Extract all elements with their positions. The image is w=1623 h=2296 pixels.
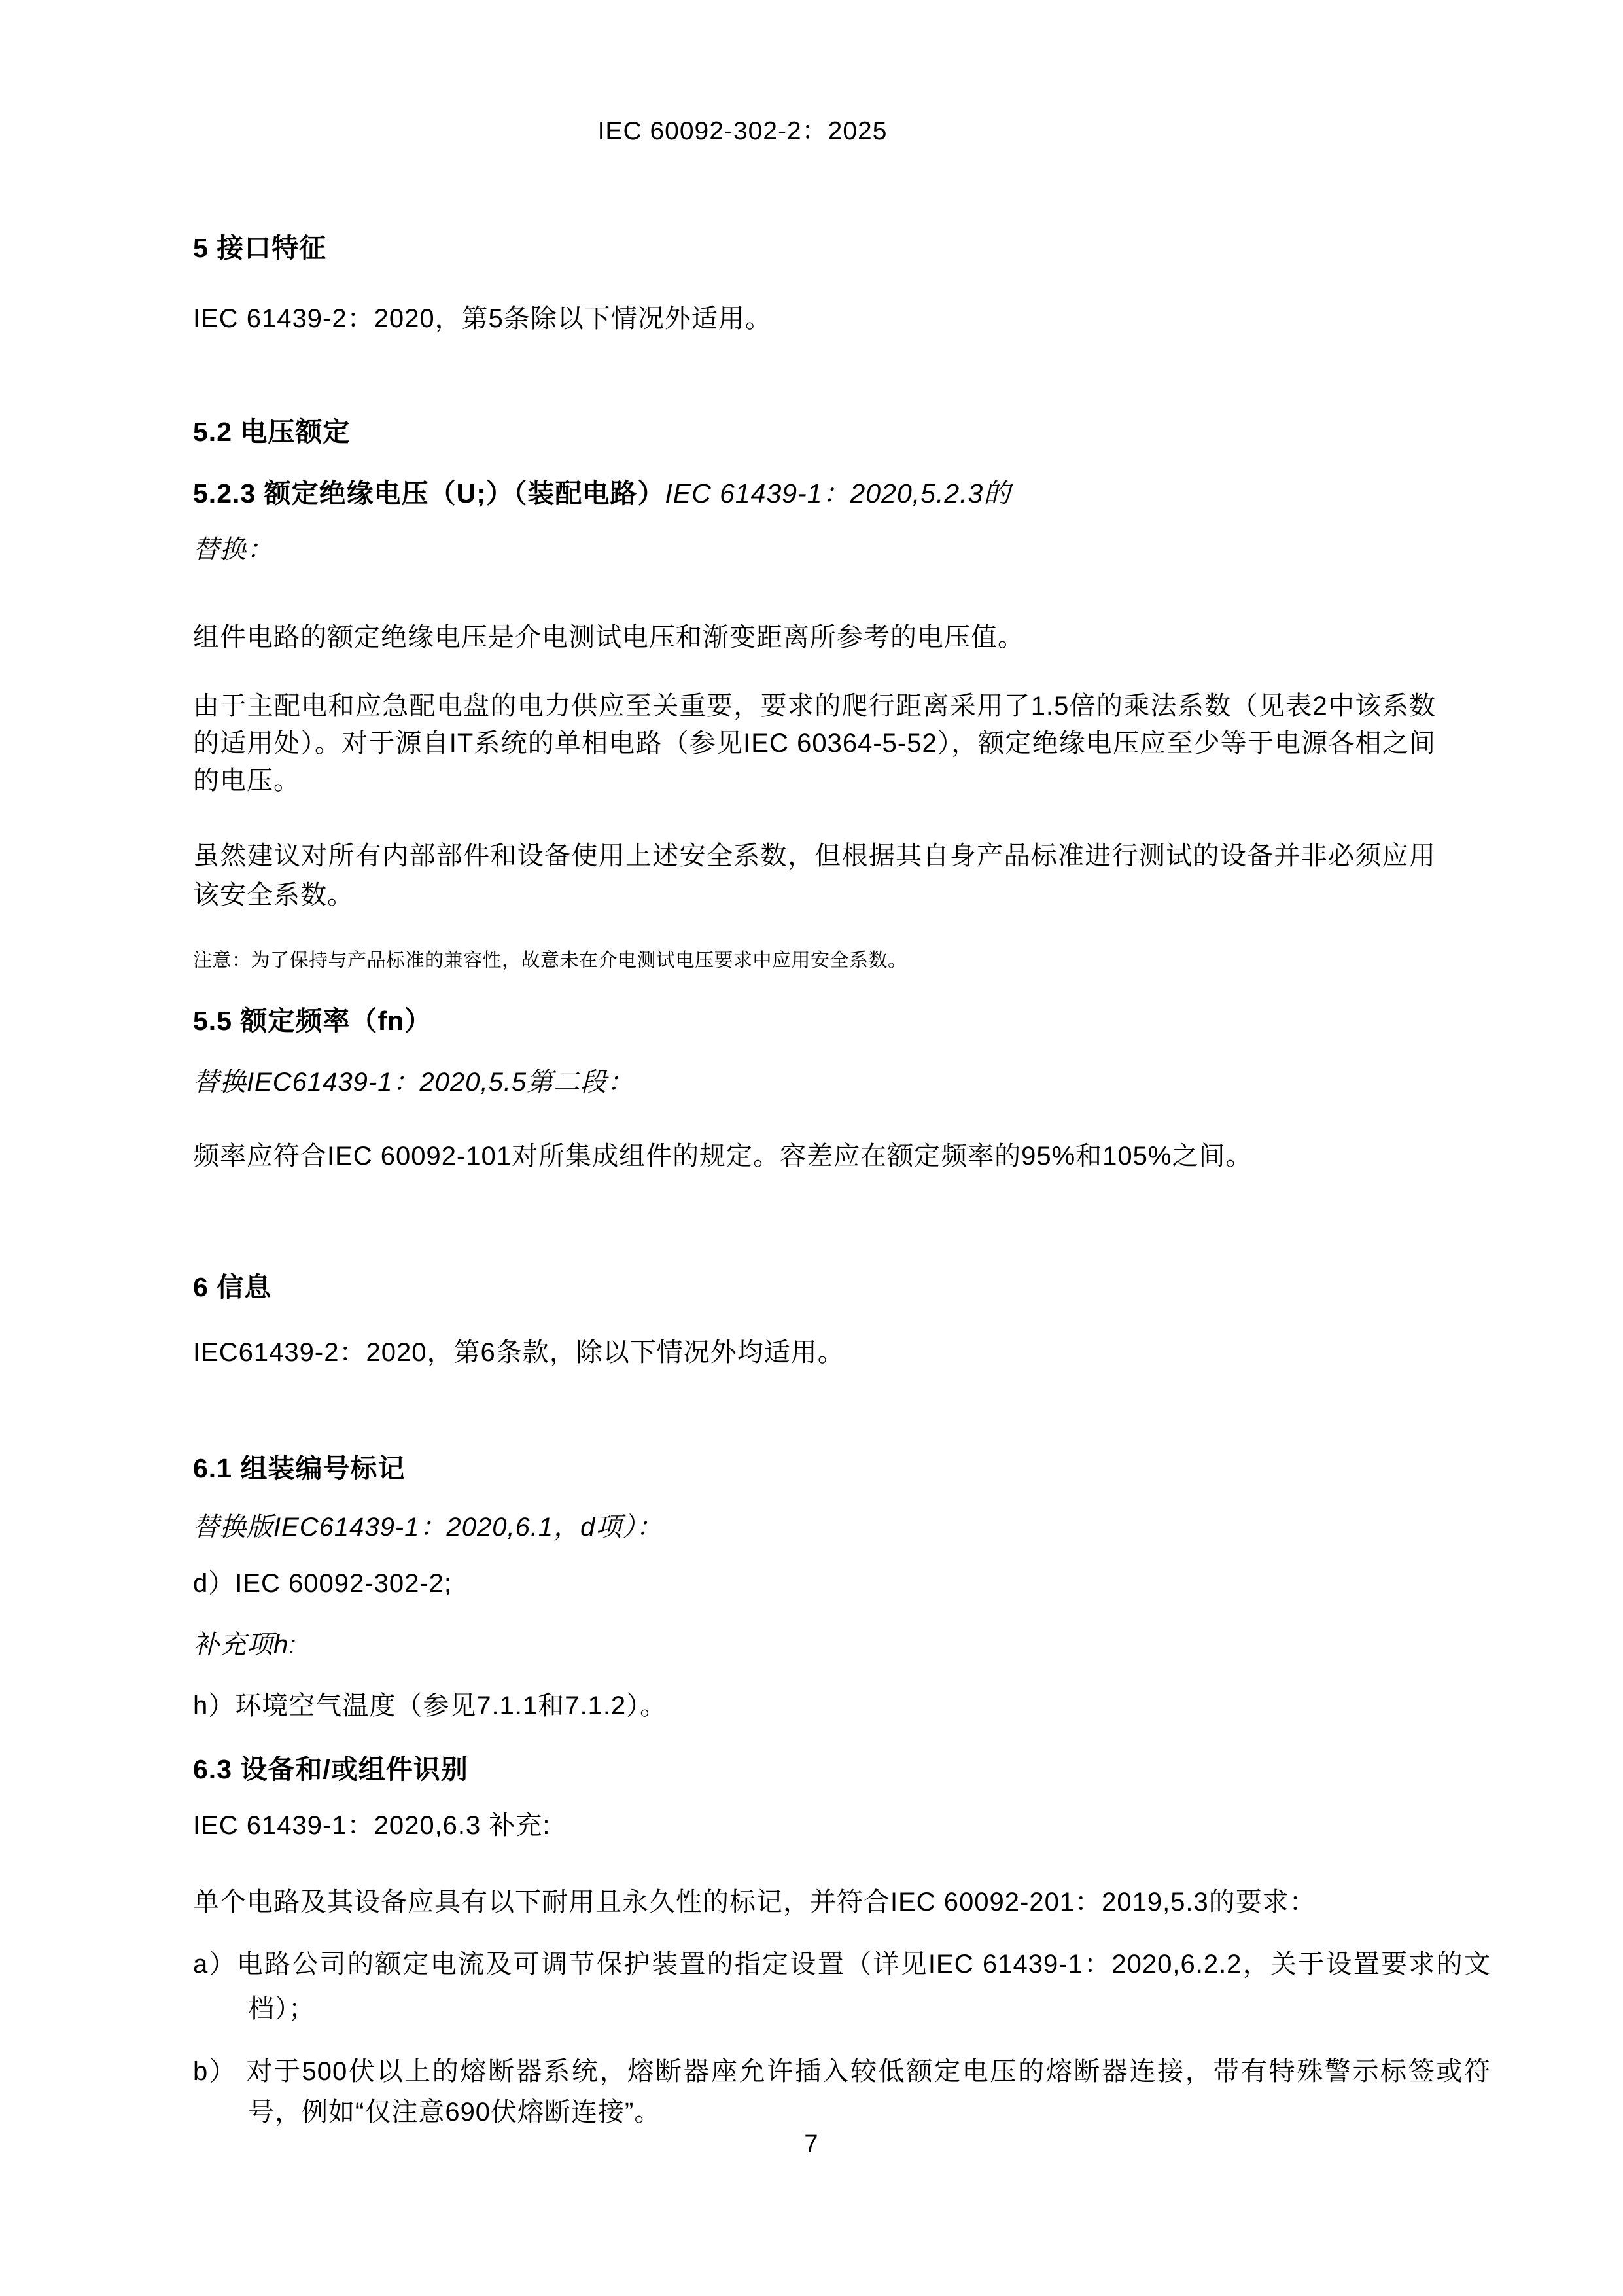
section-5-5-heading: 5.5 额定频率（fn）	[193, 1002, 1436, 1040]
document-page: IEC 60092-302-2：2025 5 接口特征 IEC 61439-2：…	[0, 0, 1623, 2296]
section-5-5-paragraph: 频率应符合IEC 60092-101对所集成组件的规定。容差应在额定频率的95%…	[193, 1137, 1436, 1175]
section-6-intro: IEC61439-2：2020，第6条款，除以下情况外均适用。	[193, 1333, 1436, 1371]
section-5-2-3-paragraph-3: 虽然建议对所有内部部件和设备使用上述安全系数，但根据其自身产品标准进行测试的设备…	[193, 836, 1436, 915]
section-6-3-paragraph: 单个电路及其设备应具有以下耐用且永久性的标记，并符合IEC 60092-201：…	[193, 1883, 1436, 1921]
section-6-1-item-d: d）IEC 60092-302-2;	[193, 1564, 1436, 1602]
section-6-1-replace-note: 替换版IEC61439-1：2020,6.1，d项）：	[193, 1508, 1436, 1546]
section-5-2-3-paragraph-2: 由于主配电和应急配电盘的电力供应至关重要，要求的爬行距离采用了1.5倍的乘法系数…	[193, 688, 1436, 800]
section-6-heading: 6 信息	[193, 1268, 1436, 1306]
section-5-2-3-paragraph-1: 组件电路的额定绝缘电压是介电测试电压和渐变距离所参考的电压值。	[193, 618, 1436, 656]
section-6-1-supplement-note: 补充项h:	[193, 1626, 1436, 1664]
section-5-2-3-replace-label: 替换：	[193, 531, 1436, 569]
section-5-intro: IEC 61439-2：2020，第5条除以下情况外适用。	[193, 300, 1436, 338]
section-5-2-3-heading-bold: 5.2.3 额定绝缘电压（U;）（装配电路）	[193, 478, 665, 508]
section-6-3-heading: 6.3 设备和/或组件识别	[193, 1750, 1436, 1788]
page-number: 7	[0, 2125, 1623, 2163]
section-5-2-3-note: 注意：为了保持与产品标准的兼容性，故意未在介电测试电压要求中应用安全系数。	[193, 947, 1436, 974]
section-6-3-list-item-a: a）电路公司的额定电流及可调节保护装置的指定设置（详见IEC 61439-1：2…	[193, 1942, 1491, 2031]
section-6-1-heading: 6.1 组装编号标记	[193, 1449, 1436, 1487]
section-5-2-heading: 5.2 电压额定	[193, 413, 1436, 451]
section-6-1-item-h: h）环境空气温度（参见7.1.1和7.1.2）。	[193, 1687, 1436, 1725]
section-5-heading: 5 接口特征	[193, 229, 1436, 267]
section-6-3-list-item-b: b） 对于500伏以上的熔断器系统，熔断器座允许插入较低额定电压的熔断器连接，带…	[193, 2051, 1491, 2132]
section-5-2-3-heading-reference: IEC 61439-1：2020,5.2.3的	[665, 478, 1011, 508]
section-5-5-replace-note: 替换IEC61439-1：2020,5.5第二段：	[193, 1063, 1436, 1101]
document-header-title: IEC 60092-302-2：2025	[0, 113, 1485, 150]
section-5-2-3-heading: 5.2.3 额定绝缘电压（U;）（装配电路）IEC 61439-1：2020,5…	[193, 474, 1436, 512]
section-6-3-supplement: IEC 61439-1：2020,6.3 补充:	[193, 1807, 1436, 1845]
